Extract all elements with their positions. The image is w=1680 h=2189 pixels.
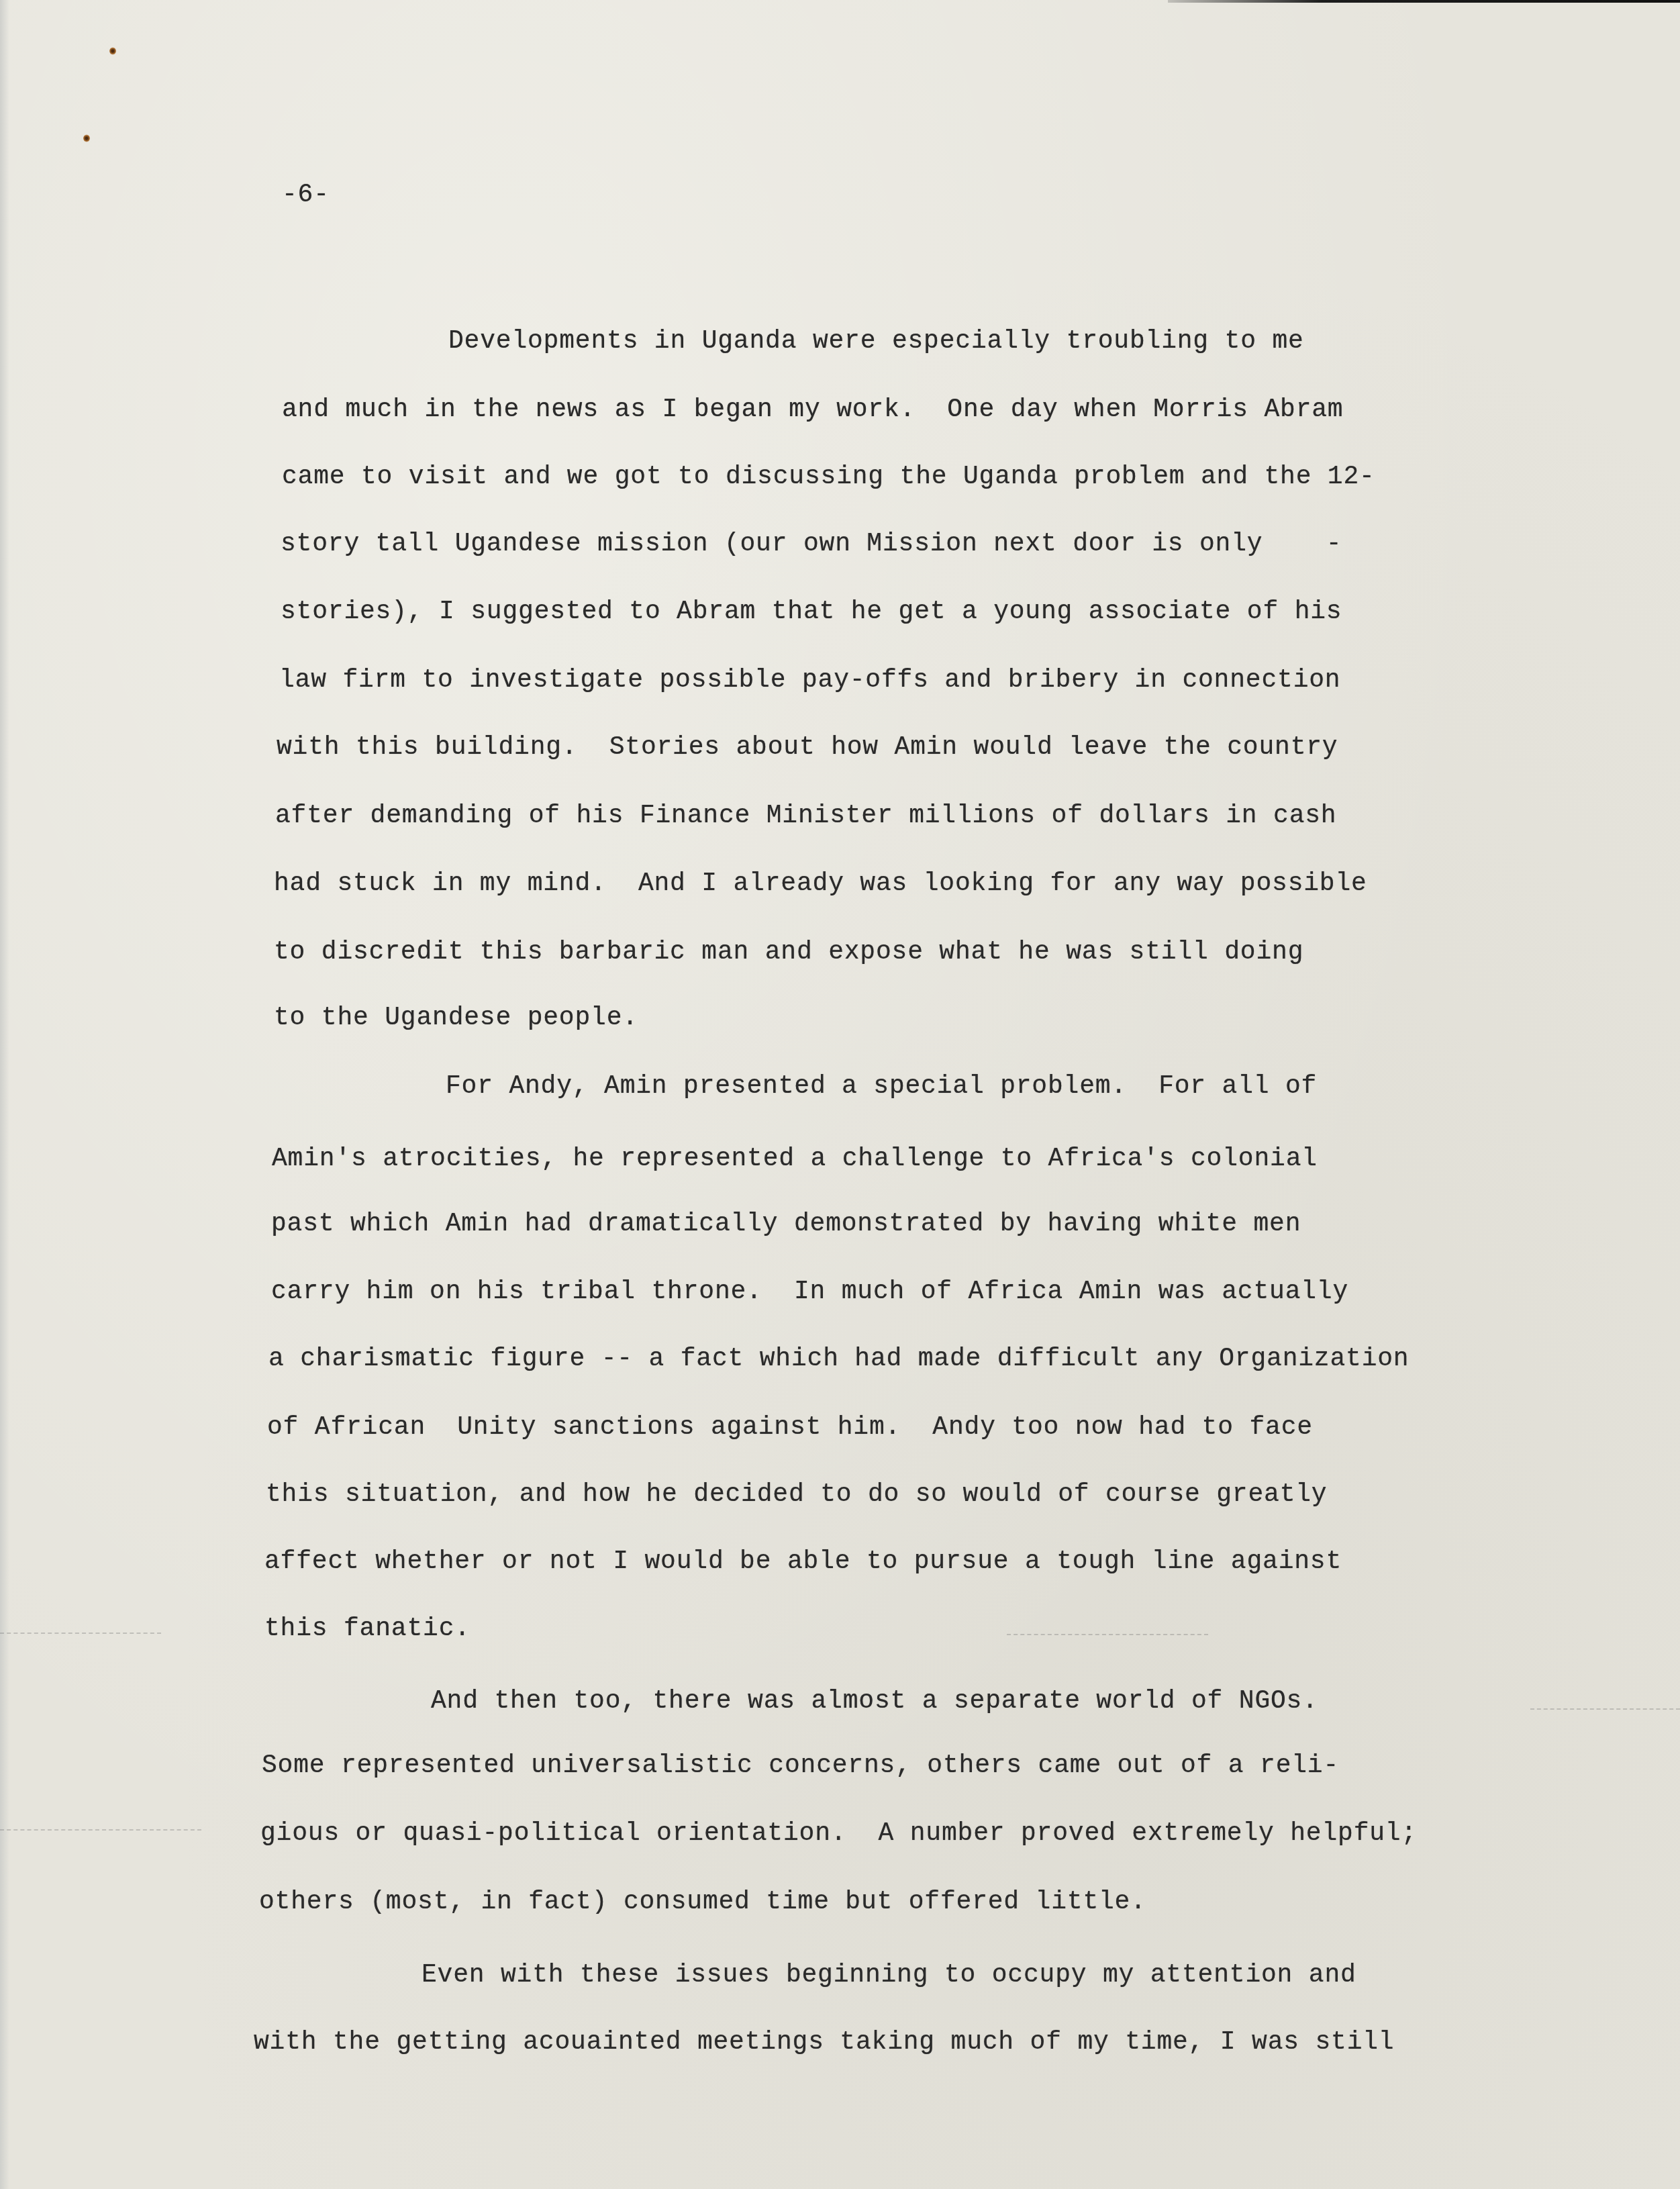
paragraph-3-line-3: gious or quasi-political orientation. A … [260,1821,1417,1847]
paragraph-3-line-2: Some represented universalistic concerns… [262,1753,1339,1779]
paragraph-1-line-6: law firm to investigate possible pay-off… [279,668,1340,693]
paragraph-1-line-5: stories), I suggested to Abram that he g… [281,599,1342,625]
paragraph-2-line-2: Amin's atrocities, he represented a chal… [272,1147,1318,1172]
paragraph-1-line-3: came to visit and we got to discussing t… [282,465,1375,490]
scan-top-edge [1168,0,1680,3]
fold-mark [1530,1708,1680,1710]
paragraph-4-line-2: with the getting acouainted meetings tak… [254,2030,1394,2055]
paragraph-2-line-9: this fanatic. [264,1616,471,1642]
paragraph-3-line-1: And then too, there was almost a separat… [431,1689,1318,1714]
paragraph-2-line-7: this situation, and how he decided to do… [266,1482,1327,1508]
paragraph-1-line-4: story tall Ugandese mission (our own Mis… [281,532,1342,557]
fold-mark [0,1829,201,1831]
paragraph-1-line-1: Developments in Uganda were especially t… [448,329,1304,354]
paper-speck-icon [109,47,116,55]
fold-mark [1007,1634,1208,1635]
paragraph-2-line-5: a charismatic figure -- a fact which had… [268,1347,1409,1372]
paragraph-2-line-8: affect whether or not I would be able to… [264,1549,1342,1575]
page-number: -6- [282,183,330,208]
scan-edge-shadow [0,0,9,2189]
paragraph-1-line-9: had stuck in my mind. And I already was … [274,871,1367,897]
paragraph-2-line-4: carry him on his tribal throne. In much … [271,1279,1348,1305]
document-page: -6- Developments in Uganda were especial… [0,0,1680,2189]
paper-speck-icon [83,134,90,142]
fold-mark [0,1633,161,1634]
paragraph-2-line-6: of African Unity sanctions against him. … [267,1415,1313,1441]
paragraph-2-line-1: For Andy, Amin presented a special probl… [446,1074,1317,1100]
paragraph-1-line-8: after demanding of his Finance Minister … [275,804,1336,829]
paragraph-2-line-3: past which Amin had dramatically demonst… [271,1212,1301,1237]
paragraph-1-line-10: to discredit this barbaric man and expos… [274,940,1303,965]
paragraph-1-line-2: and much in the news as I began my work.… [282,397,1343,423]
paragraph-1-line-11: to the Ugandese people. [274,1006,638,1031]
paragraph-3-line-4: others (most, in fact) consumed time but… [259,1890,1146,1915]
paragraph-1-line-7: with this building. Stories about how Am… [277,735,1338,761]
paragraph-4-line-1: Even with these issues beginning to occu… [422,1963,1356,1988]
